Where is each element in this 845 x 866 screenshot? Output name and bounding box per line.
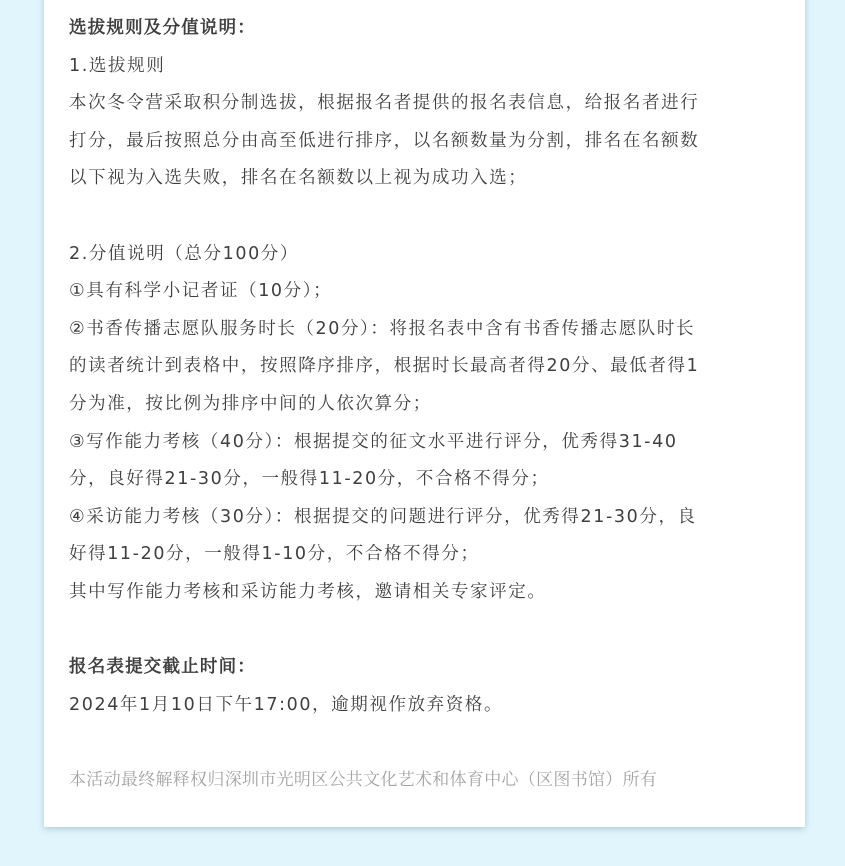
article-body: 选拔规则及分值说明： 1.选拔规则 本次冬令营采取积分制选拔，根据报名者提供的报… (69, 10, 784, 799)
score-item-line: 其中写作能力考核和采访能力考核，邀请相关专家评定。 (69, 574, 784, 612)
section1-line: 以下视为入选失败，排名在名额数以上视为成功入选； (69, 160, 784, 198)
score-item-line: ③写作能力考核（40分）：根据提交的征文水平进行评分，优秀得31-40 (69, 424, 784, 462)
section2-title: 2.分值说明（总分100分） (69, 236, 784, 274)
selection-rules-heading: 选拔规则及分值说明： (69, 10, 784, 48)
spacer (69, 612, 784, 650)
score-item-line: 的读者统计到表格中，按照降序排序，根据时长最高者得20分、最低者得1 (69, 348, 784, 386)
section1-title: 1.选拔规则 (69, 48, 784, 86)
score-item-line: 好得11-20分，一般得1-10分，不合格不得分； (69, 536, 784, 574)
score-item-line: 分，良好得21-30分，一般得11-20分，不合格不得分； (69, 461, 784, 499)
score-item-line: ④采访能力考核（30分）：根据提交的问题进行评分，优秀得21-30分，良 (69, 499, 784, 537)
content-card: 选拔规则及分值说明： 1.选拔规则 本次冬令营采取积分制选拔，根据报名者提供的报… (44, 0, 805, 827)
section1-line: 本次冬令营采取积分制选拔，根据报名者提供的报名表信息，给报名者进行 (69, 85, 784, 123)
footer-note: 本活动最终解释权归深圳市光明区公共文化艺术和体育中心（区图书馆）所有 (69, 762, 784, 800)
section1-line: 打分，最后按照总分由高至低进行排序，以名额数量为分割，排名在名额数 (69, 123, 784, 161)
score-item-line: ②书香传播志愿队服务时长（20分）：将报名表中含有书香传播志愿队时长 (69, 311, 784, 349)
deadline-text: 2024年1月10日下午17:00，逾期视作放弃资格。 (69, 687, 784, 725)
deadline-heading: 报名表提交截止时间： (69, 649, 784, 687)
spacer (69, 724, 784, 762)
score-item-line: 分为准，按比例为排序中间的人依次算分； (69, 386, 784, 424)
score-item-line: ①具有科学小记者证（10分）； (69, 273, 784, 311)
spacer (69, 198, 784, 236)
